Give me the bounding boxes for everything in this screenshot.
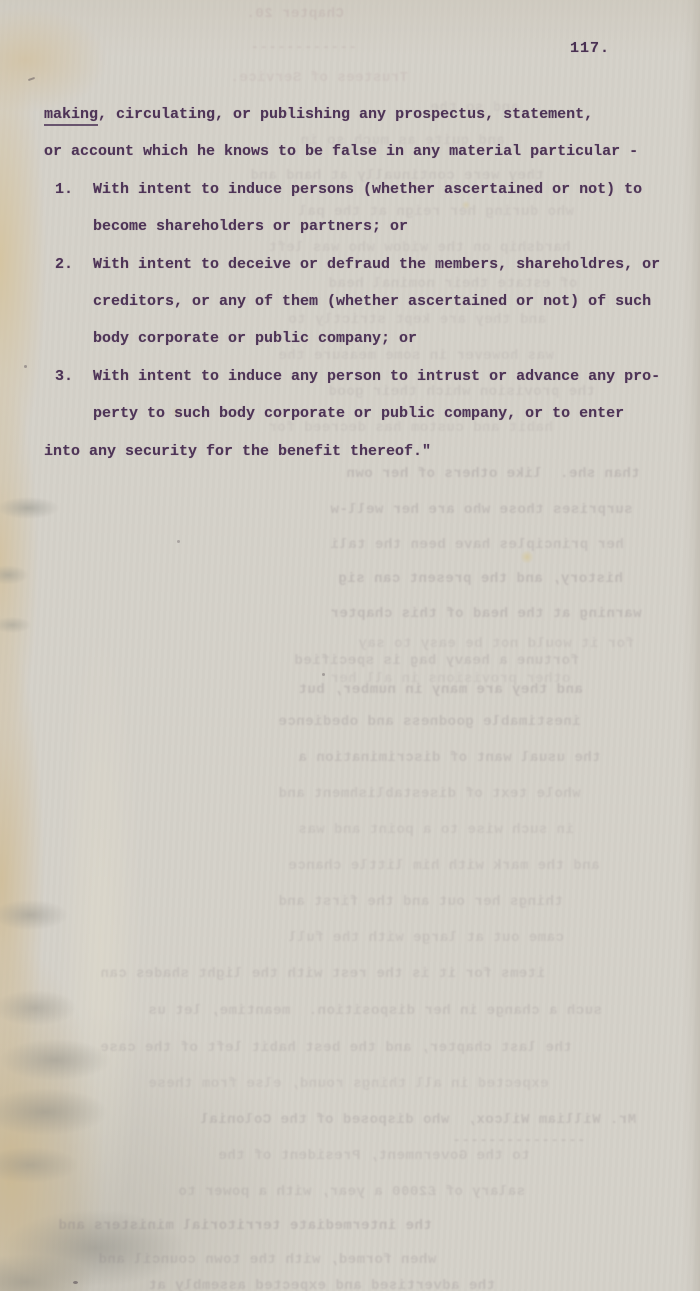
typed-text-block: making, circulating, or publishing any p… [44, 96, 684, 470]
bleedthrough-line: Trustees of Service. [230, 70, 408, 86]
body-text: , circulating, or publishing any prospec… [98, 106, 593, 123]
bleedthrough-line: the usual want of discrimination a [298, 750, 601, 766]
bleedthrough-line: to the Government, President of the [218, 1148, 530, 1164]
body-text: With intent to deceive or defraud the me… [93, 256, 660, 273]
list-number: 1. [55, 171, 93, 208]
list-item-2-line: body corporate or public company; or [44, 320, 684, 357]
bleedthrough-line: things her out and the first and [278, 894, 563, 910]
bleedthrough-line: ------------ [250, 40, 357, 56]
bleedthrough-line: the last chapter, and the best habit lef… [100, 1040, 572, 1056]
list-item-1-line: 1.With intent to induce persons (whether… [44, 171, 684, 208]
bleedthrough-line: --------------- [452, 1133, 586, 1149]
list-item-2-line: 2.With intent to deceive or defraud the … [44, 246, 684, 283]
body-text: With intent to induce persons (whether a… [93, 181, 642, 198]
paper-speck [28, 77, 35, 81]
body-line: or account which he knows to be false in… [44, 133, 684, 170]
bleedthrough-line: her principles have been the tali [330, 537, 624, 553]
bleedthrough-line: items for it is the rest with the light … [100, 966, 545, 982]
body-line: making, circulating, or publishing any p… [44, 96, 684, 133]
paper-speck [73, 1281, 78, 1284]
bleedthrough-line: expected in all things round, else from … [148, 1076, 549, 1092]
list-item-2-line: creditors, or any of them (whether ascer… [44, 283, 684, 320]
bleedthrough-line: salary of £2000 a year, with a power to [178, 1184, 525, 1200]
bleedthrough-line: and the mark with him little chance [288, 858, 600, 874]
list-item-3-line: 3.With intent to induce any person to in… [44, 358, 684, 395]
list-number: 2. [55, 246, 93, 283]
bleedthrough-line: Mr. William Wilcox, who disposed of the … [200, 1112, 636, 1128]
underlined-word: making [44, 106, 98, 126]
paper-speck [24, 365, 27, 368]
bleedthrough-line: the advertised and expected assembly at [148, 1278, 495, 1291]
page-number: 117. [570, 40, 610, 57]
paper-speck [322, 673, 325, 676]
bleedthrough-line: for it would not be easy to say [358, 636, 634, 652]
paper-speck [177, 540, 180, 543]
bleedthrough-line: and they are many in number, but [298, 682, 583, 698]
list-item-3-line: perty to such body corporate or public c… [44, 395, 684, 432]
scanned-document-page: Chapter 20.------------Trustees of Servi… [0, 0, 700, 1291]
bleedthrough-line: warning at the head of this chapter [330, 606, 642, 622]
bleedthrough-line: such a change in her disposition. meanti… [148, 1003, 602, 1019]
bleedthrough-line: other provisions in all her [330, 671, 570, 687]
list-number: 3. [55, 358, 93, 395]
bleedthrough-line: in such wise to a point and was [298, 822, 574, 838]
bleedthrough-line: inestimable goodness and obedience [278, 714, 581, 730]
bleedthrough-line: the intermediate territorial ministers a… [58, 1218, 432, 1234]
body-text: With intent to induce any person to intr… [93, 368, 660, 385]
bleedthrough-line: came out at large with the full [288, 930, 564, 946]
bleedthrough-line: fortune a heavy bag is specified [294, 653, 579, 669]
list-item-1-line: become shareholders or partners; or [44, 208, 684, 245]
bleedthrough-line: Chapter 20. [246, 6, 344, 22]
body-line: into any security for the benefit thereo… [44, 433, 684, 470]
bleedthrough-line: surprises those who are her well-w [330, 502, 633, 518]
bleedthrough-line: history, and the present can sig [338, 571, 623, 587]
bleedthrough-line: when formed, with the town council and [98, 1252, 436, 1268]
bleedthrough-line: whole text of disestablishment and [278, 786, 581, 802]
